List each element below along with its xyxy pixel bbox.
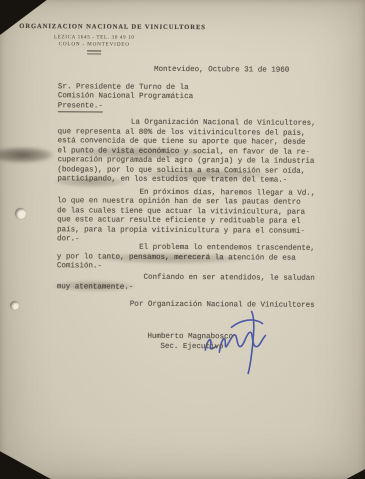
body-line: Comisión.- (57, 262, 315, 273)
punch-hole (15, 208, 26, 219)
letterhead-rule (87, 50, 101, 54)
recipient-salutation-text: Presente.- (58, 102, 103, 113)
letterhead-city: COLON - MONTEVIDEO (19, 41, 169, 48)
recipient-salutation: Presente.- (58, 102, 316, 113)
signer-title: Sec. Ejecutivo (160, 342, 223, 350)
letterhead-address: LEZICA 1645 - TEL. 30 49 10 (19, 34, 169, 41)
letterhead-org-name: ORGANIZACION NACIONAL DE VINICULTORES (19, 23, 169, 31)
ink-smudge (54, 176, 126, 187)
date-line: Montevideo, Octubre 31 de 1960 (154, 65, 289, 74)
punch-hole (10, 301, 19, 310)
signer-name: Humberto Magnabosco (147, 333, 233, 342)
recipient-block: Sr. Presidente de Turno de la Comisión N… (58, 83, 316, 113)
letter-content: ORGANIZACION NACIONAL DE VINICULTORES LE… (0, 0, 365, 479)
paragraph-2: En próximos días, haremos llegar a Vd., … (57, 188, 315, 247)
body-line: país, para la propia vitivinicultura y p… (57, 226, 315, 237)
scanned-letter-page: ORGANIZACION NACIONAL DE VINICULTORES LE… (0, 0, 365, 479)
letterhead: ORGANIZACION NACIONAL DE VINICULTORES LE… (19, 23, 169, 55)
